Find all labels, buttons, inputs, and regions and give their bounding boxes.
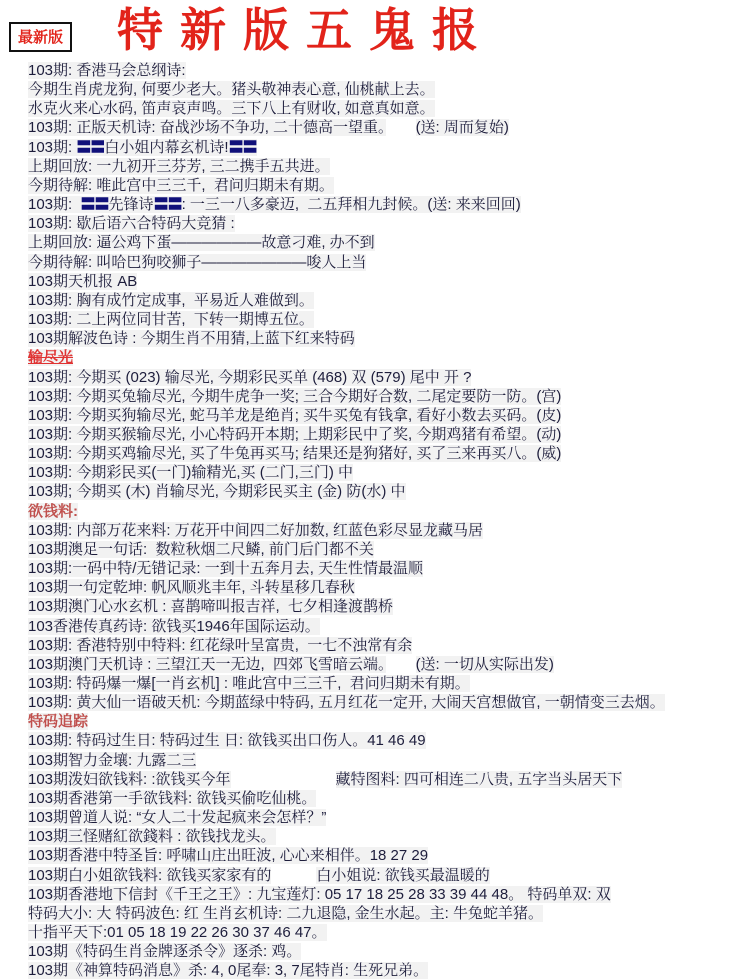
- text-line: 103期三怪赌紅欲錢料 : 欲钱找龙头。: [28, 827, 739, 846]
- line-text: 103期澳门天机诗 : 三望江天一无边, 四郊飞雪暗云端。: [28, 656, 386, 673]
- text-line: 103期曾道人说: “女人二十发起疯来会怎样？”: [28, 808, 739, 827]
- double-bar-icon: 〓〓: [229, 139, 257, 156]
- line-text: : 一三一八多豪迈, 二五拜相九封候。(送: 来来回回): [182, 196, 521, 213]
- line-text: 103期: 黄大仙一语破天机: 今期蓝绿中特码, 五月红花一定开, 大闹天宫想做…: [28, 694, 665, 711]
- text-line: 103期解波色诗 : 今期生肖不用猜,上蓝下红来特码: [28, 329, 739, 348]
- text-line: 103期: 今期买鸡输尽光, 买了牛兔再买马; 结果还是狗猪好, 买了三来再买八…: [28, 444, 739, 463]
- line-text: 103期泼妇欲钱料: :欲钱买今年: [28, 771, 231, 788]
- line-text: 103期三怪赌紅欲錢料 : 欲钱找龙头。: [28, 828, 276, 845]
- line-text: 今期待解: 叫哈巴狗咬狮子———————唆人上当: [28, 254, 366, 271]
- section-header: 欲钱料:: [28, 502, 739, 521]
- line-text: 103期澳门心水玄机 : 喜鹊啼叫报吉祥, 七夕相逢渡鹊桥: [28, 598, 393, 615]
- text-line: 103期: 正版天机诗: 奋战沙场不争功, 二十德高一望重。 (送: 周而复始): [28, 118, 739, 137]
- text-line: 103期天机报 AB: [28, 272, 739, 291]
- text-line: 103期: 〓〓白小姐内幕玄机诗!〓〓: [28, 138, 739, 157]
- latest-edition-badge: 最新版: [9, 22, 72, 52]
- line-text: 103期香港地下信封《千王之王》: 九宝莲灯: 05 17 18 25 28 3…: [28, 886, 611, 903]
- line-text: 103期: 今期买狗输尽光, 蛇马羊龙是绝肖; 买牛买兔有钱拿, 看好小数去买码…: [28, 407, 561, 424]
- spacer: [271, 867, 316, 884]
- text-line: 103期澳门心水玄机 : 喜鹊啼叫报吉祥, 七夕相逢渡鹊桥: [28, 597, 739, 616]
- line-text: 103期解波色诗 : 今期生肖不用猜,上蓝下红来特码: [28, 330, 355, 347]
- text-line: 103期: 今期买猴输尽光, 小心特码开本期; 上期彩民中了奖, 今期鸡猪有希望…: [28, 425, 739, 444]
- text-line: 103期: 特码爆一爆[一肖玄机] : 唯此宫中三三千, 君问归期未有期。: [28, 674, 739, 693]
- text-line: 103期: 歇后语六合特码大竞猜 :: [28, 214, 739, 233]
- text-line: 103期: 黄大仙一语破天机: 今期蓝绿中特码, 五月红花一定开, 大闹天宫想做…: [28, 693, 739, 712]
- latest-edition-label: 最新版: [18, 29, 63, 46]
- line-text: 103期白小姐欲钱料: 欲钱买家家有的: [28, 867, 271, 884]
- report-header: 最新版 特新版五鬼报: [0, 0, 743, 61]
- line-text: 上期回放: 一九初开三芬芳, 三二携手五共进。: [28, 158, 330, 175]
- text-line: 103期; 今期买 (木) 肖输尽光, 今期彩民买主 (金) 防(水) 中: [28, 482, 739, 501]
- text-line: 103期: 今期买兔输尽光, 今期牛虎争一奖; 三合今期好合数, 二尾定要防一防…: [28, 387, 739, 406]
- line-text: 103期: 今期买 (023) 输尽光, 今期彩民买单 (468) 双 (579…: [28, 369, 471, 386]
- line-text: 103期: 特码过生日: 特码过生 日: 欲钱买出口伤人。41 46 49: [28, 732, 426, 749]
- page-title: 特新版五鬼报: [117, 0, 495, 60]
- document-body: 103期: 香港马会总纲诗:今期生肖虎龙狗, 何要少老大。猪头敬神表心意, 仙桃…: [0, 61, 743, 980]
- text-line: 103期: 〓〓先锋诗〓〓: 一三一八多豪迈, 二五拜相九封候。(送: 来来回回…: [28, 195, 739, 214]
- line-text: 103期天机报 AB: [28, 273, 137, 290]
- text-line: 103期: 特码过生日: 特码过生 日: 欲钱买出口伤人。41 46 49: [28, 731, 739, 750]
- five-ghost-report-page: 最新版 特新版五鬼报 103期: 香港马会总纲诗:今期生肖虎龙狗, 何要少老大。…: [0, 0, 743, 980]
- line-text: 白小姐内幕玄机诗!: [104, 139, 228, 156]
- text-line: 103期: 今期彩民买(一门)输精光,买 (二门,三门) 中: [28, 463, 739, 482]
- line-text: 103期: 歇后语六合特码大竞猜 :: [28, 215, 235, 232]
- text-line: 103期澳足一句话: 数粒秋烟二尺鳞, 前门后门都不关: [28, 540, 739, 559]
- line-text: 输尽光: [28, 349, 73, 366]
- text-line: 今期生肖虎龙狗, 何要少老大。猪头敬神表心意, 仙桃献上去。: [28, 80, 739, 99]
- spacer: [386, 119, 416, 136]
- line-text: 103期: 今期买鸡输尽光, 买了牛兔再买马; 结果还是狗猪好, 买了三来再买八…: [28, 445, 561, 462]
- line-text: 103期: 今期买兔输尽光, 今期牛虎争一奖; 三合今期好合数, 二尾定要防一防…: [28, 388, 561, 405]
- line-text: 藏特图料: 四可相连二八贵, 五字当头居天下: [336, 771, 623, 788]
- line-text: 103期澳足一句话: 数粒秋烟二尺鳞, 前门后门都不关: [28, 541, 374, 558]
- line-text: 十指平天下:01 05 18 19 22 26 30 37 46 47。: [28, 924, 327, 941]
- double-bar-icon: 〓〓: [154, 196, 182, 213]
- line-text: 特码大小: 大 特码波色: 红 生肖玄机诗: 二九退隐, 金生水起。主: 牛兔蛇…: [28, 905, 543, 922]
- text-line: 103期一句定乾坤: 帆风顺兆丰年, 斗转星移几春秋: [28, 578, 739, 597]
- text-line: 103期泼妇欲钱料: :欲钱买今年 藏特图料: 四可相连二八贵, 五字当头居天下: [28, 770, 739, 789]
- text-line: 103期白小姐欲钱料: 欲钱买家家有的 白小姐说: 欲钱买最温暖的: [28, 866, 739, 885]
- line-text: 103期一句定乾坤: 帆风顺兆丰年, 斗转星移几春秋: [28, 579, 355, 596]
- line-text: 103期香港中特圣旨: 呼啸山庄出旺波, 心心来相伴。18 27 29: [28, 847, 428, 864]
- text-line: 103期: 今期买狗输尽光, 蛇马羊龙是绝肖; 买牛买兔有钱拿, 看好小数去买码…: [28, 406, 739, 425]
- line-text: 水克火来心水码, 笛声哀声鸣。三下八上有财收, 如意真如意。: [28, 100, 435, 117]
- line-text: 今期生肖虎龙狗, 何要少老大。猪头敬神表心意, 仙桃献上去。: [28, 81, 435, 98]
- text-line: 特码大小: 大 特码波色: 红 生肖玄机诗: 二九退隐, 金生水起。主: 牛兔蛇…: [28, 904, 739, 923]
- line-text: 今期待解: 唯此宫中三三千, 君问归期未有期。: [28, 177, 334, 194]
- text-line: 103期: 今期买 (023) 输尽光, 今期彩民买单 (468) 双 (579…: [28, 368, 739, 387]
- spacer: [386, 656, 416, 673]
- line-text: 特码追踪: [28, 713, 88, 730]
- text-line: 103期: 内部万花来料: 万花开中间四二好加数, 红蓝色彩尽显龙藏马居: [28, 521, 739, 540]
- text-line: 103期: 二上两位同甘苦, 下转一期博五位。: [28, 310, 739, 329]
- line-text: 103期:: [28, 196, 81, 213]
- text-line: 103香港传真药诗: 欲钱买1946年国际运动。: [28, 617, 739, 636]
- section-header-strike: 输尽光: [28, 348, 739, 367]
- line-text: 103期:: [28, 139, 76, 156]
- line-text: 103期: 今期买猴输尽光, 小心特码开本期; 上期彩民中了奖, 今期鸡猪有希望…: [28, 426, 561, 443]
- text-line: 103期澳门天机诗 : 三望江天一无边, 四郊飞雪暗云端。 (送: 一切从实际出…: [28, 655, 739, 674]
- line-text: 103期: 香港特别中特料: 红花绿叶呈富贵, 一七不浊常有余: [28, 637, 412, 654]
- double-bar-icon: 〓〓: [81, 196, 109, 213]
- line-text: 103期曾道人说: “女人二十发起疯来会怎样？”: [28, 809, 326, 826]
- text-line: 水克火来心水码, 笛声哀声鸣。三下八上有财收, 如意真如意。: [28, 99, 739, 118]
- text-line: 上期回放: 逼公鸡下蛋——————故意刁难, 办不到: [28, 233, 739, 252]
- text-line: 103期《神算特码消息》杀: 4, 0尾奉: 3, 7尾特肖: 生死兄弟。: [28, 961, 739, 980]
- text-line: 103期香港中特圣旨: 呼啸山庄出旺波, 心心来相伴。18 27 29: [28, 846, 739, 865]
- spacer: [231, 771, 336, 788]
- line-text: 103期: 胸有成竹定成事, 平易近人难做到。: [28, 292, 314, 309]
- line-text: 103期: 香港马会总纲诗:: [28, 62, 186, 79]
- line-text: 103期: 今期彩民买(一门)输精光,买 (二门,三门) 中: [28, 464, 353, 481]
- line-text: 103期《特码生肖金牌逐杀令》逐杀: 鸡。: [28, 943, 301, 960]
- text-line: 103期香港地下信封《千王之王》: 九宝莲灯: 05 17 18 25 28 3…: [28, 885, 739, 904]
- text-line: 103期: 香港马会总纲诗:: [28, 61, 739, 80]
- section-header: 特码追踪: [28, 712, 739, 731]
- line-text: 103期智力金壤: 九露二三: [28, 752, 196, 769]
- line-text: (送: 一切从实际出发): [416, 656, 554, 673]
- line-text: 103期; 今期买 (木) 肖输尽光, 今期彩民买主 (金) 防(水) 中: [28, 483, 406, 500]
- text-line: 今期待解: 叫哈巴狗咬狮子———————唆人上当: [28, 253, 739, 272]
- text-line: 103期:一码中特/无错记录: 一到十五奔月去, 天生性情最温顺: [28, 559, 739, 578]
- line-text: 先锋诗: [109, 196, 154, 213]
- line-text: 103期: 二上两位同甘苦, 下转一期博五位。: [28, 311, 314, 328]
- line-text: 103期《神算特码消息》杀: 4, 0尾奉: 3, 7尾特肖: 生死兄弟。: [28, 962, 428, 979]
- line-text: (送: 周而复始): [416, 119, 509, 136]
- text-line: 103期《特码生肖金牌逐杀令》逐杀: 鸡。: [28, 942, 739, 961]
- line-text: 上期回放: 逼公鸡下蛋——————故意刁难, 办不到: [28, 234, 375, 251]
- line-text: 103期香港第一手欲钱料: 欲钱买偷吃仙桃。: [28, 790, 316, 807]
- line-text: 103期:一码中特/无错记录: 一到十五奔月去, 天生性情最温顺: [28, 560, 423, 577]
- double-bar-icon: 〓〓: [76, 139, 104, 156]
- line-text: 白小姐说: 欲钱买最温暖的: [316, 867, 489, 884]
- text-line: 上期回放: 一九初开三芬芳, 三二携手五共进。: [28, 157, 739, 176]
- text-line: 103期: 胸有成竹定成事, 平易近人难做到。: [28, 291, 739, 310]
- line-text: 103期: 内部万花来料: 万花开中间四二好加数, 红蓝色彩尽显龙藏马居: [28, 522, 483, 539]
- text-line: 103期: 香港特别中特料: 红花绿叶呈富贵, 一七不浊常有余: [28, 636, 739, 655]
- text-line: 今期待解: 唯此宫中三三千, 君问归期未有期。: [28, 176, 739, 195]
- text-line: 103期香港第一手欲钱料: 欲钱买偷吃仙桃。: [28, 789, 739, 808]
- line-text: 103期: 正版天机诗: 奋战沙场不争功, 二十德高一望重。: [28, 119, 386, 136]
- line-text: 103香港传真药诗: 欲钱买1946年国际运动。: [28, 618, 320, 635]
- line-text: 103期: 特码爆一爆[一肖玄机] : 唯此宫中三三千, 君问归期未有期。: [28, 675, 470, 692]
- line-text: 欲钱料:: [28, 503, 78, 520]
- text-line: 103期智力金壤: 九露二三: [28, 751, 739, 770]
- text-line: 十指平天下:01 05 18 19 22 26 30 37 46 47。: [28, 923, 739, 942]
